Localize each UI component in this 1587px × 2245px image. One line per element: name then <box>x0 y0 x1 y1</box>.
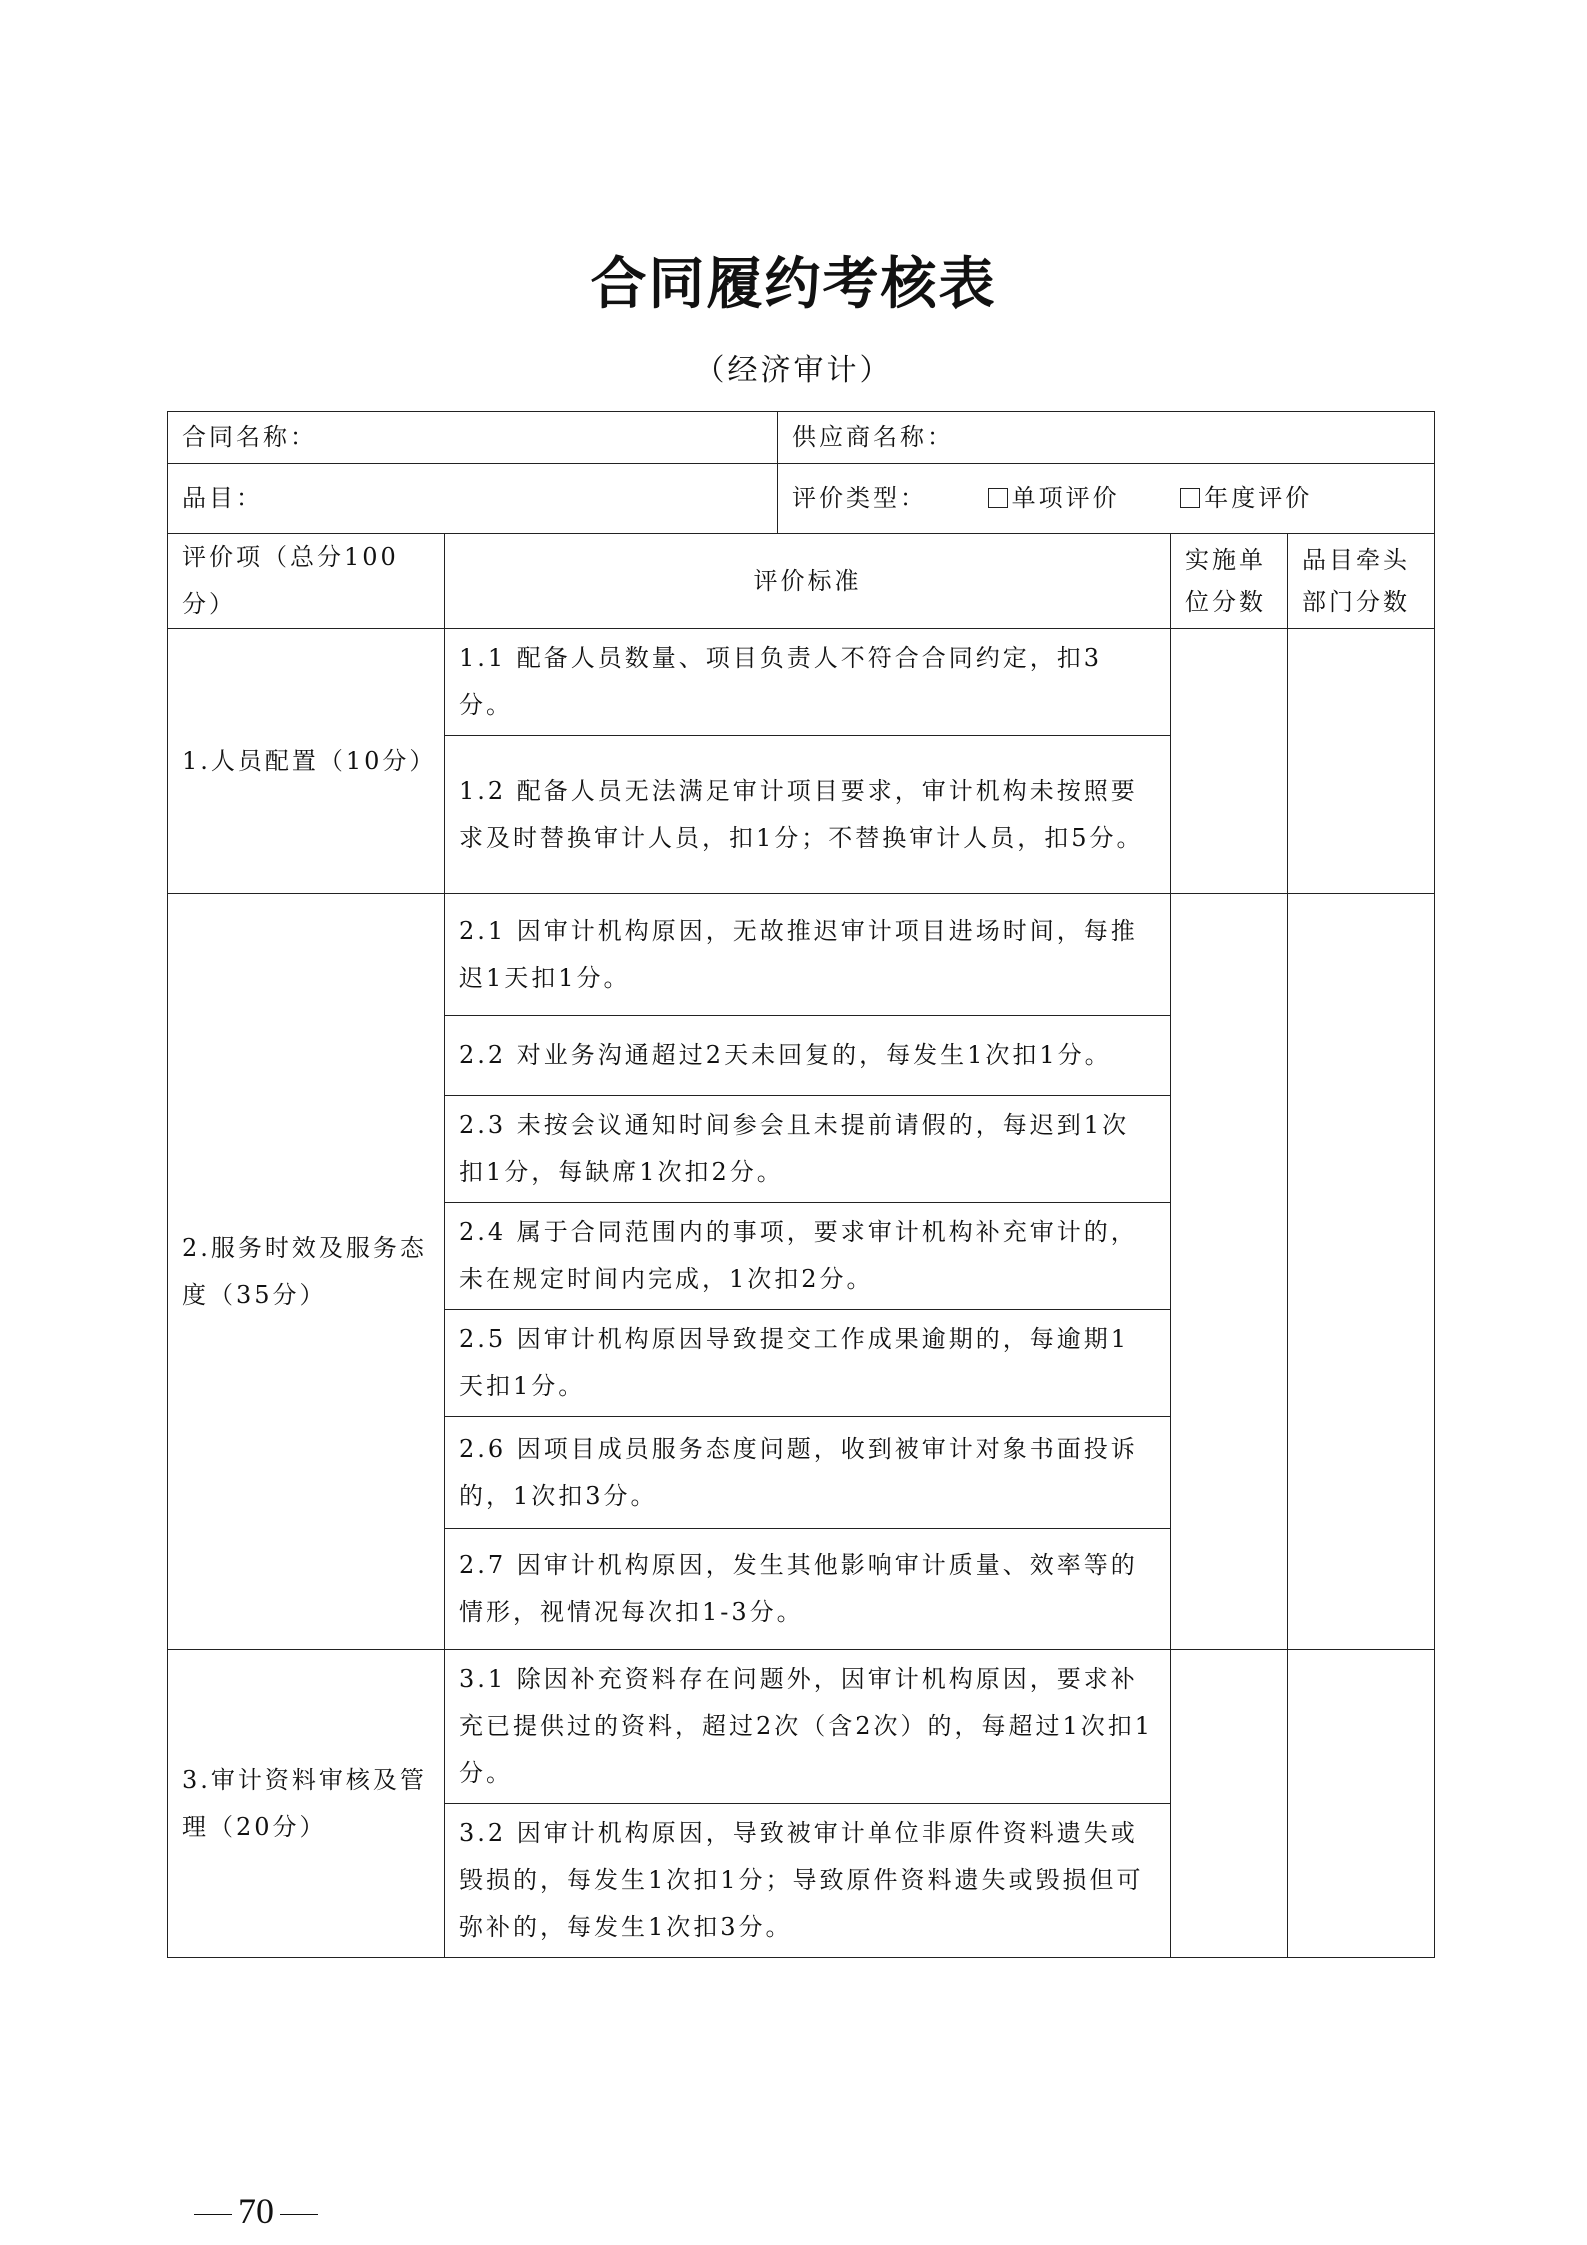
header-item: 评价项（总分100分） <box>168 534 445 629</box>
supplier-name-field[interactable]: 供应商名称： <box>778 412 1435 464</box>
unit-score-cell[interactable] <box>1171 1650 1288 1958</box>
table-row: 2.服务时效及服务态度（35分） 2.1 因审计机构原因，无故推迟审计项目进场时… <box>168 894 1435 1016</box>
header-row: 评价项（总分100分） 评价标准 实施单位分数 品目牵头部门分数 <box>168 534 1435 629</box>
criterion: 2.3 未按会议通知时间参会且未提前请假的，每迟到1次扣1分，每缺席1次扣2分。 <box>445 1096 1171 1203</box>
criterion: 1.2 配备人员无法满足审计项目要求，审计机构未按照要求及时替换审计人员，扣1分… <box>445 736 1171 894</box>
criterion: 2.4 属于合同范围内的事项，要求审计机构补充审计的，未在规定时间内完成，1次扣… <box>445 1203 1171 1310</box>
info-row-1: 合同名称： 供应商名称： <box>168 412 1435 464</box>
header-unit-score: 实施单位分数 <box>1171 534 1288 629</box>
unit-score-cell[interactable] <box>1171 894 1288 1650</box>
criterion: 2.2 对业务沟通超过2天未回复的，每发生1次扣1分。 <box>445 1016 1171 1096</box>
dash-left <box>194 2214 232 2215</box>
criterion: 2.6 因项目成员服务态度问题，收到被审计对象书面投诉的，1次扣3分。 <box>445 1417 1171 1529</box>
category-field[interactable]: 品目： <box>168 464 778 534</box>
criterion: 3.2 因审计机构原因，导致被审计单位非原件资料遗失或毁损的，每发生1次扣1分；… <box>445 1804 1171 1958</box>
evaluation-type-field: 评价类型： 单项评价 年度评价 <box>778 464 1435 534</box>
header-criteria: 评价标准 <box>445 534 1171 629</box>
checkbox-icon[interactable] <box>1180 488 1200 508</box>
document-subtitle: （经济审计） <box>0 345 1587 389</box>
criterion: 2.7 因审计机构原因，发生其他影响审计质量、效率等的情形，视情况每次扣1-3分… <box>445 1529 1171 1650</box>
section-name: 3.审计资料审核及管理（20分） <box>168 1650 445 1958</box>
document-title: 合同履约考核表 <box>0 240 1587 320</box>
section-name: 1.人员配置（10分） <box>168 629 445 894</box>
page-number: 70 <box>188 2190 324 2232</box>
criterion: 2.5 因审计机构原因导致提交工作成果逾期的，每逾期1天扣1分。 <box>445 1310 1171 1417</box>
criterion: 2.1 因审计机构原因，无故推迟审计项目进场时间，每推迟1天扣1分。 <box>445 894 1171 1016</box>
header-dept-score: 品目牵头部门分数 <box>1288 534 1435 629</box>
criterion: 3.1 除因补充资料存在问题外，因审计机构原因，要求补充已提供过的资料，超过2次… <box>445 1650 1171 1804</box>
dept-score-cell[interactable] <box>1288 629 1435 894</box>
section-name: 2.服务时效及服务态度（35分） <box>168 894 445 1650</box>
dash-right <box>280 2214 318 2215</box>
dept-score-cell[interactable] <box>1288 894 1435 1650</box>
supplier-name-label: 供应商名称： <box>792 423 954 451</box>
criterion: 1.1 配备人员数量、项目负责人不符合合同约定，扣3分。 <box>445 629 1171 736</box>
dept-score-cell[interactable] <box>1288 1650 1435 1958</box>
evaluation-type-label: 评价类型： <box>792 484 927 512</box>
category-label: 品目： <box>182 484 263 512</box>
contract-name-field[interactable]: 合同名称： <box>168 412 778 464</box>
checkbox-icon[interactable] <box>988 488 1008 508</box>
info-row-2: 品目： 评价类型： 单项评价 年度评价 <box>168 464 1435 534</box>
option-annual-evaluation[interactable]: 年度评价 <box>1180 484 1312 512</box>
unit-score-cell[interactable] <box>1171 629 1288 894</box>
option-single-evaluation[interactable]: 单项评价 <box>988 484 1120 512</box>
contract-name-label: 合同名称： <box>182 423 317 451</box>
table-row: 1.人员配置（10分） 1.1 配备人员数量、项目负责人不符合合同约定，扣3分。 <box>168 629 1435 736</box>
evaluation-table: 合同名称： 供应商名称： 品目： 评价类型： 单项评价 年度评价 评价项（总分1… <box>167 411 1435 1958</box>
table-row: 3.审计资料审核及管理（20分） 3.1 除因补充资料存在问题外，因审计机构原因… <box>168 1650 1435 1804</box>
